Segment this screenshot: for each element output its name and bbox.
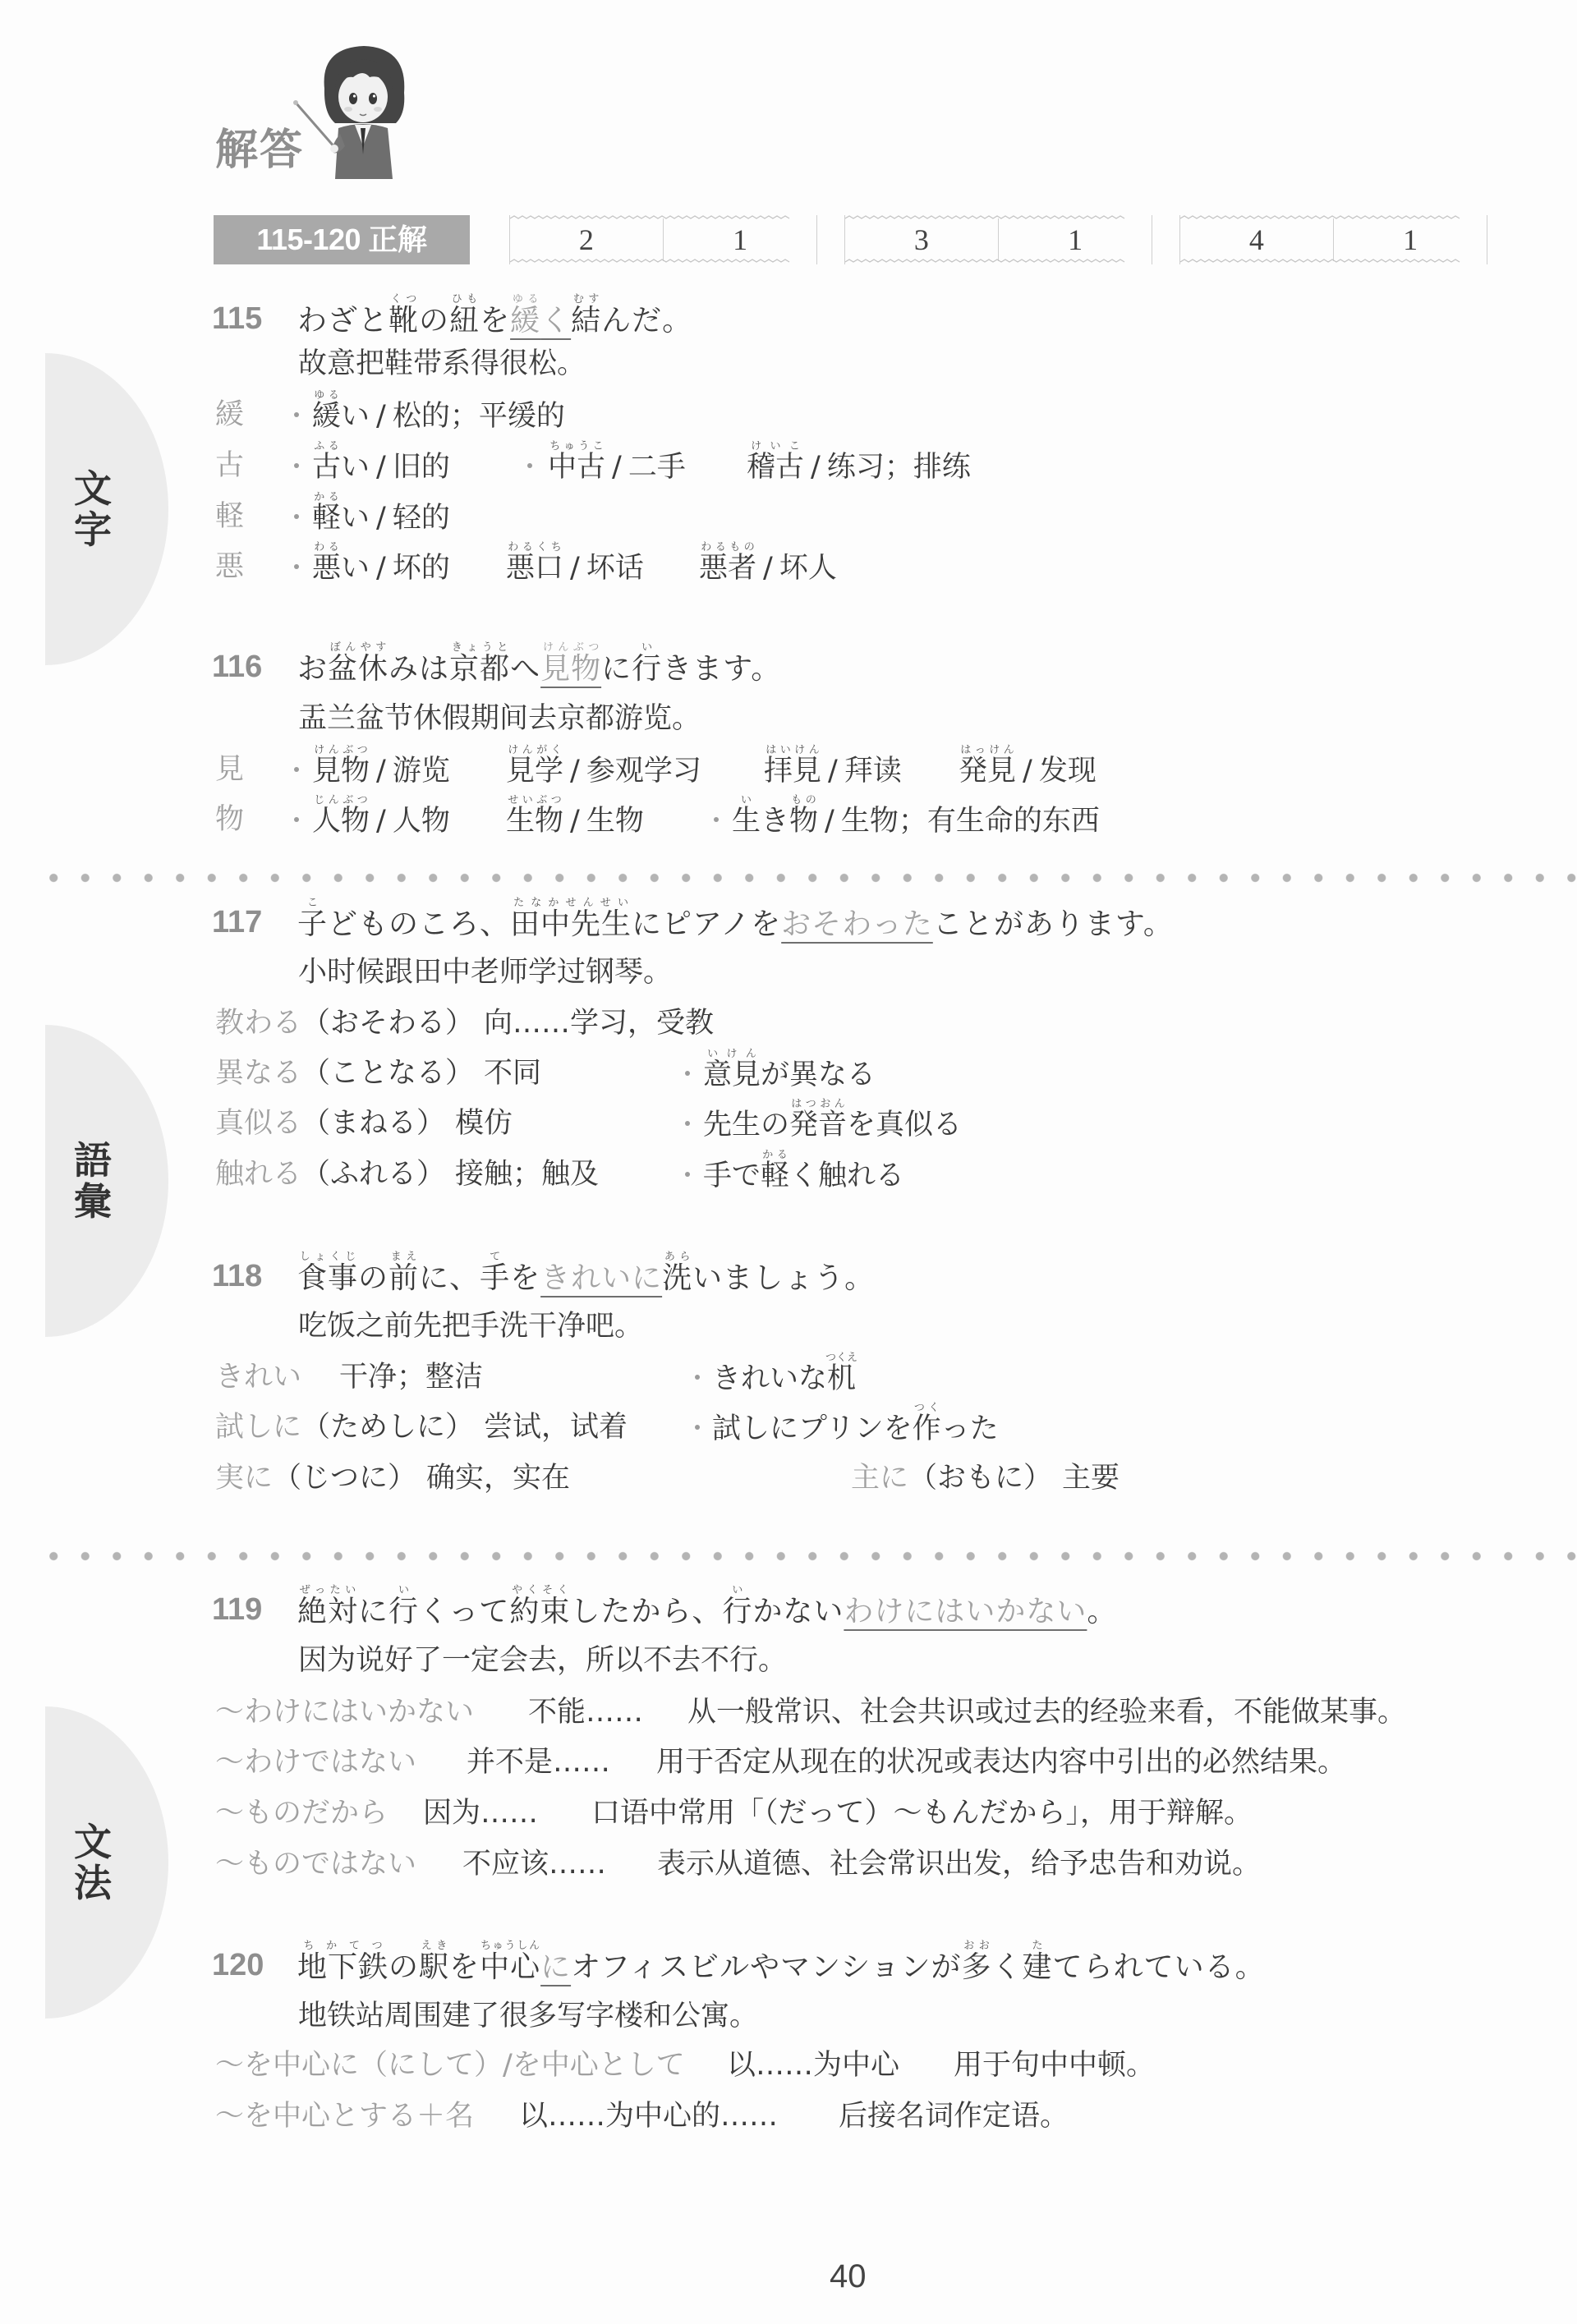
translation: 小时候跟田中老师学过钢琴。 xyxy=(298,947,672,998)
furigana-word: 悪者わるもの xyxy=(699,552,756,585)
kanji-item: 見物けんぶつ/游览 xyxy=(312,744,450,797)
sentence-segment: ことがあります。 xyxy=(933,907,1174,941)
meaning: 松的；平缓的 xyxy=(393,400,565,433)
translation: 吃饭之前先把手洗干净吧。 xyxy=(298,1301,643,1352)
question-number: 115 xyxy=(212,293,262,344)
grammar-meaning: 不应该…… xyxy=(462,1839,606,1890)
grammar-meaning: 不能…… xyxy=(528,1687,643,1738)
kanji: 見学 xyxy=(506,755,563,788)
grammar-pattern: ～わけにはいかない xyxy=(215,1687,474,1738)
furigana-word: 約束やくそく xyxy=(509,1595,570,1628)
example-segment: を真似る xyxy=(847,1109,962,1141)
translation: 因为说好了一定会去，所以不去不行。 xyxy=(298,1635,787,1686)
meaning: 拜读 xyxy=(844,755,902,788)
dotted-divider xyxy=(38,873,1577,883)
furigana-word: 見物けんぶつ xyxy=(312,755,370,788)
question-sentence: 子こどものころ、田中先生たなかせんせいにピアノをおそわったことがあります。 xyxy=(297,897,1174,950)
furigana: い xyxy=(732,794,761,806)
vocab-row: 真似る（まねる）模仿 先生の発音はつおんを真似る xyxy=(0,1098,1577,1149)
kanji-row: 悪 悪わるい/坏的 悪口わるくち/坏话 悪者わるもの/坏人 xyxy=(0,541,1577,592)
kanji: 悪 xyxy=(312,552,341,585)
kanji-item: 人物じんぶつ/人物 xyxy=(312,794,450,847)
furigana-word: 人物じんぶつ xyxy=(312,805,370,838)
kanji: 田中先生 xyxy=(510,907,632,941)
meaning: 坏话 xyxy=(586,552,644,585)
kanji: 地下鉄 xyxy=(297,1950,389,1984)
furigana: はいけん xyxy=(764,744,821,756)
grammar-meaning: 以……为中心 xyxy=(727,2040,899,2091)
vocab-reading: （ことなる） xyxy=(301,1057,474,1090)
grammar-note: 后接名词作定语。 xyxy=(839,2091,1069,2142)
furigana-word: 洗あら xyxy=(662,1261,692,1295)
kanji: 靴 xyxy=(389,304,419,338)
vocab-term: 真似る xyxy=(215,1107,301,1140)
underlined-answer: わけにはいかない xyxy=(844,1595,1087,1628)
kanji: 行 xyxy=(722,1595,752,1628)
underlined-answer: きれいに xyxy=(540,1261,662,1295)
kanji-item: 見学けんがく/参观学习 xyxy=(506,744,701,797)
furigana: けいこ xyxy=(747,440,804,452)
kanji-label: 見 xyxy=(215,744,244,795)
question-118-sentence-line: 118 食事しょくじの前まえに、手てをきれいに洗あらいましょう。 xyxy=(0,1251,1577,1302)
vocab-reading: （じつに） xyxy=(273,1462,416,1495)
meaning: 游览 xyxy=(393,755,450,788)
furigana-word: 結むす xyxy=(571,304,601,338)
furigana: ちかてつ xyxy=(297,1940,389,1952)
translation: 地铁站周围建了很多写字楼和公寓。 xyxy=(298,1991,758,2042)
kanji: 悪口 xyxy=(506,552,563,585)
furigana: て xyxy=(480,1251,510,1263)
slash: / xyxy=(376,451,386,484)
vocab-meaning: 确实，实在 xyxy=(426,1462,570,1495)
grammar-meaning: 并不是…… xyxy=(467,1737,610,1788)
furigana-word: 発音はつおん xyxy=(789,1109,847,1141)
kanji: 発見 xyxy=(959,755,1016,788)
furigana-word: 古ふる xyxy=(312,451,341,484)
grammar-row: ～を中心とする＋名 以……为中心的…… 后接名词作定语。 xyxy=(0,2091,1577,2142)
okurigana: い xyxy=(341,451,370,484)
bullet-dot-icon xyxy=(695,1375,700,1380)
question-number: 119 xyxy=(212,1584,262,1635)
slash: / xyxy=(828,755,838,788)
slash: / xyxy=(570,805,580,838)
kanji-row: 古 古ふるい/旧的 中古ちゅうこ/二手 稽古けいこ/练习；排练 xyxy=(0,440,1577,491)
translation: 故意把鞋带系得很松。 xyxy=(298,338,586,389)
vocab-meaning: 主要 xyxy=(1062,1462,1120,1495)
furigana-word: 見物けんぶつ xyxy=(540,652,601,686)
furigana: はつおん xyxy=(789,1098,847,1110)
meaning: 生物 xyxy=(586,805,644,838)
furigana: やくそく xyxy=(509,1584,570,1596)
vocab-term: 触れる xyxy=(215,1158,301,1191)
furigana: ぜったい xyxy=(297,1584,358,1596)
question-number: 118 xyxy=(212,1251,262,1302)
kanji: 結 xyxy=(571,304,601,338)
kanji: 京都 xyxy=(449,652,510,686)
kanji-row: 緩 緩ゆるい/松的；平缓的 xyxy=(0,389,1577,440)
furigana-word: 食事しょくじ xyxy=(297,1261,358,1295)
kanji: 見物 xyxy=(540,652,601,686)
furigana: つくえ xyxy=(825,1352,857,1364)
meaning: 生物；有生命的东西 xyxy=(841,805,1100,838)
meaning: 练习；排练 xyxy=(827,451,971,484)
bullet-dot-icon xyxy=(294,564,299,569)
kanji: 軽 xyxy=(312,502,341,535)
furigana: わる xyxy=(312,541,341,553)
vocab-reading: （ためしに） xyxy=(301,1411,474,1444)
kanji: 行 xyxy=(389,1595,419,1628)
grammar-row: ～ものだから 因为…… 口语中常用「（だって）～もんだから」，用于辩解。 xyxy=(0,1788,1577,1839)
furigana-word: 意見いけん xyxy=(703,1059,761,1091)
furigana: けんぶつ xyxy=(540,641,601,654)
grammar-row: ～を中心に（にして）/を中心として 以……为中心 用于句中中顿。 xyxy=(0,2040,1577,2091)
kanji-label: 緩 xyxy=(215,389,244,440)
kanji-item: 拝見はいけん/拜读 xyxy=(764,744,902,797)
bullet-dot-icon xyxy=(685,1071,690,1076)
furigana-word: 緩ゆる xyxy=(312,400,341,433)
vocab-row: 異なる（ことなる）不同 意見いけんが異なる xyxy=(0,1048,1577,1099)
sentence-segment: したから、 xyxy=(570,1595,722,1628)
kanji: 軽 xyxy=(761,1160,789,1192)
grammar-note: 从一般常识、社会共识或过去的经验来看，不能做某事。 xyxy=(687,1687,1406,1738)
furigana: わるもの xyxy=(699,541,756,553)
sentence-segment: くって xyxy=(419,1595,509,1628)
translation-line: 因为说好了一定会去，所以不去不行。 xyxy=(0,1635,1577,1686)
question-sentence: 食事しょくじの前まえに、手てをきれいに洗あらいましょう。 xyxy=(297,1251,875,1304)
question-117-sentence-line: 117 子こどものころ、田中先生たなかせんせいにピアノをおそわったことがあります… xyxy=(0,897,1577,948)
vocab-row: 触れる（ふれる）接触；触及 手で軽かるく触れる xyxy=(0,1149,1577,1200)
slash: / xyxy=(612,451,622,484)
kanji: 稽古 xyxy=(747,451,804,484)
kanji: 行 xyxy=(632,652,662,686)
grammar-pattern: ～ものではない xyxy=(215,1839,416,1890)
vocab-reading: （ふれる） xyxy=(301,1158,445,1191)
vocab-term: 試しに xyxy=(215,1411,301,1444)
furigana: ちゅうしん xyxy=(480,1940,540,1952)
kanji: 意見 xyxy=(703,1059,761,1091)
sentence-segment: 。 xyxy=(1087,1595,1117,1628)
furigana: しょくじ xyxy=(297,1251,358,1263)
vocab-entry: 触れる（ふれる）接触；触及 xyxy=(215,1149,599,1200)
grammar-note: 口语中常用「（だって）～もんだから」，用于辩解。 xyxy=(591,1788,1253,1839)
sentence-segment: みは xyxy=(389,652,449,686)
furigana: い xyxy=(632,641,662,654)
furigana-word: 絶対ぜったい xyxy=(297,1595,358,1628)
translation-line: 吃饭之前先把手洗干净吧。 xyxy=(0,1301,1577,1352)
bullet-dot-icon xyxy=(294,412,299,417)
vocab-term: 実に xyxy=(215,1462,273,1495)
sentence-segment: きます。 xyxy=(662,652,781,686)
sentence-segment: かない xyxy=(752,1595,844,1628)
answer-cell: 1 xyxy=(664,215,816,264)
vocab-example: 意見いけんが異なる xyxy=(703,1048,876,1100)
furigana-word: 発見はっけん xyxy=(959,755,1016,788)
furigana-word: 稽古けいこ xyxy=(747,451,804,484)
answer-group: 4 1 xyxy=(1179,215,1487,264)
kanji-label: 軽 xyxy=(215,491,244,542)
answer-cell: 2 xyxy=(510,215,663,264)
furigana: じんぶつ xyxy=(312,794,370,806)
vocab-row: 教わる（おそわる）向……学习，受教 xyxy=(0,998,1577,1049)
vocab-meaning: 模仿 xyxy=(455,1107,513,1140)
page-number: 40 xyxy=(830,2258,867,2294)
furigana: ふる xyxy=(312,440,341,452)
furigana-word: 悪口わるくち xyxy=(506,552,563,585)
furigana-word: 生い xyxy=(732,805,761,838)
kanji-row: 物 人物じんぶつ/人物 生物せいぶつ/生物 生いき物もの/生物；有生命的东西 xyxy=(0,794,1577,845)
kanji-item: 生物せいぶつ/生物 xyxy=(506,794,644,847)
furigana: ぼんやす xyxy=(328,641,389,654)
furigana-word: 緩ゆる xyxy=(510,304,540,338)
meaning: 参观学习 xyxy=(586,755,701,788)
meaning: 轻的 xyxy=(393,502,450,535)
kanji: 人物 xyxy=(312,805,370,838)
question-115-sentence-line: 115 わざと靴くつの紐ひもを緩ゆるく結むすんだ。 xyxy=(0,293,1577,344)
question-number: 117 xyxy=(212,897,262,948)
vocab-term: 教わる xyxy=(215,1007,301,1040)
furigana: わるくち xyxy=(506,541,563,553)
underlined-answer: 緩ゆるく xyxy=(510,304,571,338)
slash: / xyxy=(376,805,386,838)
furigana: つく xyxy=(913,1402,941,1414)
kanji: 洗 xyxy=(662,1261,692,1295)
sentence-segment: いましょう。 xyxy=(692,1261,875,1295)
furigana: ゆる xyxy=(510,293,540,305)
slash: / xyxy=(763,552,773,585)
question-number: 116 xyxy=(212,641,262,692)
question-116-sentence-line: 116 お盆休ぼんやすみは京都きょうとへ見物けんぶつに行いきます。 xyxy=(0,641,1577,692)
kanji-item: 生いき物もの/生物；有生命的东西 xyxy=(732,794,1100,847)
bullet-dot-icon xyxy=(695,1425,700,1430)
example-segment: 先生の xyxy=(703,1109,789,1141)
kanji: 絶対 xyxy=(297,1595,358,1628)
bullet-dot-icon xyxy=(294,463,299,468)
underlined-answer: に xyxy=(540,1950,571,1984)
furigana-word: 行い xyxy=(632,652,662,686)
bullet-dot-icon xyxy=(294,514,299,519)
furigana: た xyxy=(1023,1940,1053,1952)
sentence-segment: お xyxy=(297,652,328,686)
vocab-reading: （おそわる） xyxy=(301,1007,474,1040)
furigana-word: 行い xyxy=(389,1595,419,1628)
grammar-row: ～わけにはいかない 不能…… 从一般常识、社会共识或过去的经验来看，不能做某事。 xyxy=(0,1687,1577,1738)
okurigana: い xyxy=(341,400,370,433)
furigana: けんがく xyxy=(506,744,563,756)
kanji: 作 xyxy=(913,1412,941,1445)
question-sentence: 絶対ぜったいに行いくって約束やくそくしたから、行いかないわけにはいかない。 xyxy=(297,1584,1117,1637)
slash: / xyxy=(376,502,386,535)
example-segment: きれいな xyxy=(712,1362,827,1395)
furigana: きょうと xyxy=(449,641,510,654)
vocab-reading: （おもに） xyxy=(908,1462,1052,1495)
sentence-segment: に xyxy=(358,1595,389,1628)
meaning: 坏的 xyxy=(393,552,450,585)
furigana-word: 軽かる xyxy=(761,1160,789,1192)
sentence-segment: く xyxy=(992,1950,1023,1984)
okurigana: き xyxy=(761,805,789,838)
furigana: こ xyxy=(297,897,328,909)
vocab-row: 実に（じつに）确实，实在 主に（おもに）主要 xyxy=(0,1453,1577,1504)
vocab-example: きれいな机つくえ xyxy=(712,1352,857,1404)
example-segment: が異なる xyxy=(761,1059,876,1091)
vocab-term: 主に xyxy=(851,1462,908,1495)
kanji-item: 緩ゆるい/松的；平缓的 xyxy=(312,389,565,442)
meaning: 发现 xyxy=(1039,755,1097,788)
kanji: 生 xyxy=(732,805,761,838)
kanji: 緩 xyxy=(312,400,341,433)
furigana-word: 建た xyxy=(1023,1950,1053,1984)
translation-line: 小时候跟田中老师学过钢琴。 xyxy=(0,947,1577,998)
kanji: 悪者 xyxy=(699,552,756,585)
sentence-segment: く xyxy=(540,304,571,338)
bullet-dot-icon xyxy=(294,767,299,772)
kanji: 盆休 xyxy=(328,652,389,686)
furigana: ゆる xyxy=(312,389,341,402)
vocab-meaning: 不同 xyxy=(484,1057,541,1090)
sentence-segment: を xyxy=(510,1261,540,1295)
grammar-row: ～わけではない 并不是…… 用于否定从现在的状况或表达内容中引出的必然结果。 xyxy=(0,1737,1577,1788)
vocab-example: 試しにプリンを作つくった xyxy=(712,1402,999,1454)
example-segment: く触れる xyxy=(789,1160,904,1192)
vocab-term: 異なる xyxy=(215,1057,301,1090)
furigana: い xyxy=(389,1584,419,1596)
furigana: おお xyxy=(962,1940,992,1952)
furigana-word: 見学けんがく xyxy=(506,755,563,788)
furigana-word: 地下鉄ちかてつ xyxy=(297,1950,389,1984)
kanji: 机 xyxy=(825,1362,857,1395)
dotted-divider xyxy=(38,1551,1577,1561)
question-119-sentence-line: 119 絶対ぜったいに行いくって約束やくそくしたから、行いかないわけにはいかない… xyxy=(0,1584,1577,1635)
kanji-item: 悪わるい/坏的 xyxy=(312,541,450,594)
grammar-note: 用于否定从现在的状况或表达内容中引出的必然结果。 xyxy=(656,1737,1346,1788)
vocab-entry: 試しに（ためしに）尝试，试着 xyxy=(215,1402,628,1453)
slash: / xyxy=(570,552,580,585)
answer-cell: 1 xyxy=(1334,215,1487,264)
kanji: 駅 xyxy=(419,1950,449,1984)
vocab-term: きれい xyxy=(215,1352,301,1403)
furigana: たなかせんせい xyxy=(510,897,632,909)
slash: / xyxy=(376,552,386,585)
grammar-note: 表示从道德、社会常识出发，给予忠告和劝说。 xyxy=(657,1839,1261,1890)
sentence-segment: にピアノを xyxy=(632,907,781,941)
furigana-word: 中心ちゅうしん xyxy=(480,1950,540,1984)
furigana: かる xyxy=(312,491,341,503)
furigana-word: 多おお xyxy=(962,1950,992,1984)
furigana: あら xyxy=(662,1251,692,1263)
meaning: 坏人 xyxy=(779,552,837,585)
vocab-reading: （まねる） xyxy=(301,1107,445,1140)
furigana-word: 悪わる xyxy=(312,552,341,585)
vocab-entry: 真似る（まねる）模仿 xyxy=(215,1098,513,1149)
sentence-segment: に、 xyxy=(419,1261,480,1295)
sentence-segment: に xyxy=(601,652,632,686)
furigana-word: 作つく xyxy=(913,1412,941,1445)
example-segment: 試しにプリンを xyxy=(712,1412,913,1445)
furigana: せいぶつ xyxy=(506,794,563,806)
kanji: 手 xyxy=(480,1261,510,1295)
furigana: けんぶつ xyxy=(312,744,370,756)
vocab-entry: 異なる（ことなる）不同 xyxy=(215,1048,541,1099)
kanji-row: 軽 軽かるい/轻的 xyxy=(0,491,1577,542)
answer-cell: 1 xyxy=(999,215,1152,264)
kanji-item: 発見はっけん/发现 xyxy=(959,744,1097,797)
furigana: くつ xyxy=(389,293,419,305)
kanji-item: 悪口わるくち/坏话 xyxy=(506,541,644,594)
kanji: 生物 xyxy=(506,805,563,838)
question-sentence: 地下鉄ちかてつの駅えきを中心ちゅうしんにオフィスビルやマンションが多おおく建たて… xyxy=(297,1940,1266,1993)
kanji-label: 古 xyxy=(215,440,244,491)
okurigana: い xyxy=(341,502,370,535)
kanji: 建 xyxy=(1023,1950,1053,1984)
vocab-meaning: 尝试，试着 xyxy=(484,1411,628,1444)
kanji: 見物 xyxy=(312,755,370,788)
slash: / xyxy=(376,400,386,433)
furigana: ちゅうこ xyxy=(548,440,605,452)
teacher-mascot-icon xyxy=(287,31,411,183)
sentence-segment: オフィスビルやマンションが xyxy=(571,1950,961,1984)
furigana-word: 拝見はいけん xyxy=(764,755,821,788)
bullet-dot-icon xyxy=(294,817,299,822)
bullet-dot-icon xyxy=(685,1121,690,1126)
meaning: 二手 xyxy=(628,451,686,484)
furigana-word: 紐ひも xyxy=(449,304,480,338)
kanji-row: 見 見物けんぶつ/游览 見学けんがく/参观学习 拝見はいけん/拜读 発見はっけん… xyxy=(0,744,1577,795)
furigana: まえ xyxy=(389,1251,419,1263)
furigana: い xyxy=(722,1584,752,1596)
furigana: かる xyxy=(761,1149,789,1161)
sentence-segment: を xyxy=(480,304,510,338)
underlined-answer: おそわった xyxy=(781,907,933,941)
vocab-entry-extra: 主に（おもに）主要 xyxy=(851,1453,1120,1504)
kanji-item: 稽古けいこ/练习；排练 xyxy=(747,440,971,493)
kanji-item: 悪者わるもの/坏人 xyxy=(699,541,837,594)
bullet-dot-icon xyxy=(685,1172,690,1177)
question-number: 120 xyxy=(212,1940,264,1991)
sentence-segment: の xyxy=(419,304,449,338)
okurigana: い xyxy=(341,552,370,585)
kanji: 古 xyxy=(312,451,341,484)
vocab-entry: 実に（じつに）确实，实在 xyxy=(215,1453,570,1504)
answer-range-label: 115-120 正解 xyxy=(214,215,470,264)
kanji: 緩 xyxy=(510,304,540,338)
vocab-meaning: 接触；触及 xyxy=(455,1158,599,1191)
kanji-item: 古ふるい/旧的 xyxy=(312,440,450,493)
kanji: 拝見 xyxy=(764,755,821,788)
vocab-row: きれい 干净；整洁 きれいな机つくえ xyxy=(0,1352,1577,1403)
furigana-word: 子こ xyxy=(297,907,328,941)
furigana-word: 前まえ xyxy=(389,1261,419,1295)
furigana: むす xyxy=(571,293,601,305)
translation-line: 故意把鞋带系得很松。 xyxy=(0,338,1577,389)
furigana-word: 靴くつ xyxy=(389,304,419,338)
kanji-item: 中古ちゅうこ/二手 xyxy=(548,440,686,493)
furigana-word: 物もの xyxy=(789,805,818,838)
kanji: 紐 xyxy=(449,304,480,338)
meaning: 人物 xyxy=(393,805,450,838)
furigana-word: 田中先生たなかせんせい xyxy=(510,907,632,941)
furigana-word: 軽かる xyxy=(312,502,341,535)
question-sentence: お盆休ぼんやすみは京都きょうとへ見物けんぶつに行いきます。 xyxy=(297,641,781,695)
answer-group: 3 1 xyxy=(844,215,1152,264)
furigana: はっけん xyxy=(959,744,1016,756)
sentence-segment: の xyxy=(358,1261,389,1295)
kanji: 食事 xyxy=(297,1261,358,1295)
kanji-label: 物 xyxy=(215,794,244,845)
sentence-segment: んだ。 xyxy=(601,304,692,338)
bullet-dot-icon xyxy=(527,463,532,468)
grammar-meaning: 以……为中心的…… xyxy=(519,2091,778,2142)
translation-line: 地铁站周围建了很多写字楼和公寓。 xyxy=(0,1991,1577,2042)
